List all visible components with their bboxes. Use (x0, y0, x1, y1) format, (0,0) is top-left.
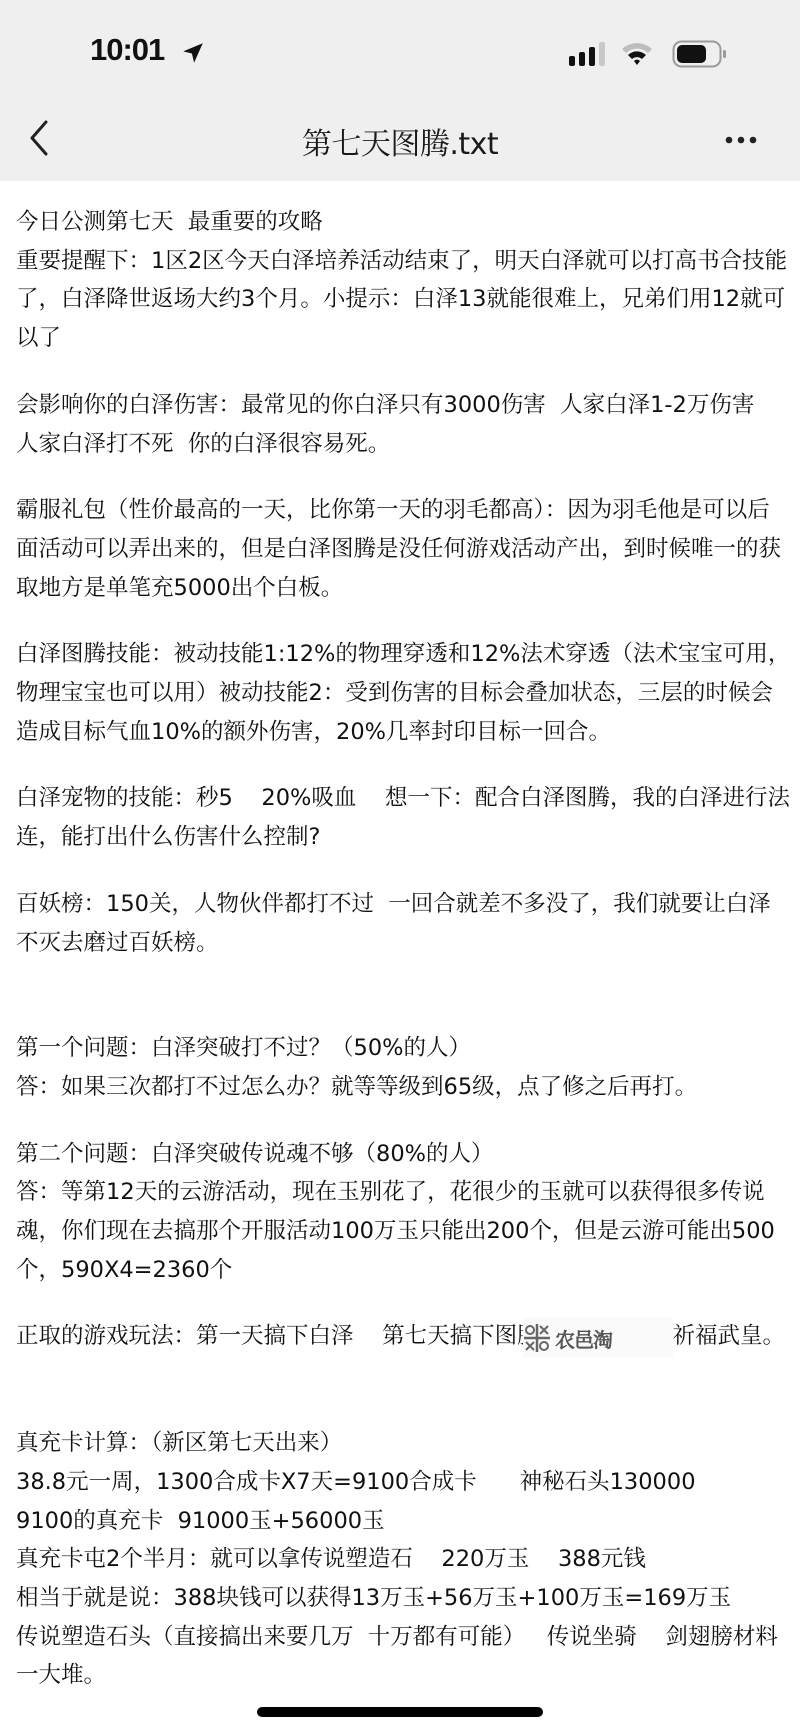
paragraph-damage: 会影响你的白泽伤害：最常见的你白泽只有3000伤害 人家白泽1-2万伤害 人家白… (16, 386, 791, 463)
paragraph-pet-skills: 白泽宠物的技能：秒5 20%吸血 想一下：配合白泽图腾，我的白泽进行法连，能打出… (16, 779, 791, 856)
paragraph-gameplay: 正取的游戏玩法：第一天搞下白泽 第七天搞下图腾 后面搞下祈福武皇。 (16, 1317, 791, 1356)
location-arrow-icon (180, 40, 206, 66)
wifi-icon (620, 38, 654, 68)
nongyitao-logo-icon (523, 1323, 551, 1353)
paragraph-question-2: 第二个问题：白泽突破传说魂不够（80%的人） 答：等第12天的云游活动，现在玉别… (16, 1135, 791, 1290)
paragraph-hundred-demons: 百妖榜：150关，人物伙伴都打不过 一回合就差不多没了，我们就要让白泽不灭去磨过… (16, 885, 791, 962)
paragraph-totem-skills: 白泽图腾技能：被动技能1:12%的物理穿透和12%法术穿透（法术宝宝可用，物理宝… (16, 635, 791, 751)
watermark-text: 农邑淘 (555, 1324, 612, 1353)
more-options-button[interactable] (718, 124, 766, 156)
home-indicator[interactable] (257, 1707, 543, 1717)
paragraph-intro: 今日公测第七天 最重要的攻略 重要提醒下：1区2区今天白泽培养活动结束了，明天白… (16, 203, 791, 358)
ellipsis-icon (718, 124, 766, 156)
paragraph-gift-pack: 霸服礼包（性价最高的一天，比你第一天的羽毛都高）：因为羽毛他是可以后面活动可以弄… (16, 491, 791, 607)
watermark: 农邑淘 (523, 1318, 673, 1358)
paragraph-card-calc: 真充卡计算：（新区第七天出来） 38.8元一周，1300合成卡X7天=9100合… (16, 1424, 791, 1695)
battery-icon (672, 39, 728, 69)
document-title: 第七天图腾.txt (0, 119, 800, 163)
top-bar: 10:01 第七天图腾.txt (0, 0, 800, 181)
document-body: 今日公测第七天 最重要的攻略 重要提醒下：1区2区今天白泽培养活动结束了，明天白… (16, 203, 791, 1695)
paragraph-question-1: 第一个问题：白泽突破打不过？（50%的人） 答：如果三次都打不过怎么办？就等等级… (16, 1029, 791, 1106)
status-time: 10:01 (90, 32, 164, 68)
cellular-signal-icon (568, 40, 608, 68)
